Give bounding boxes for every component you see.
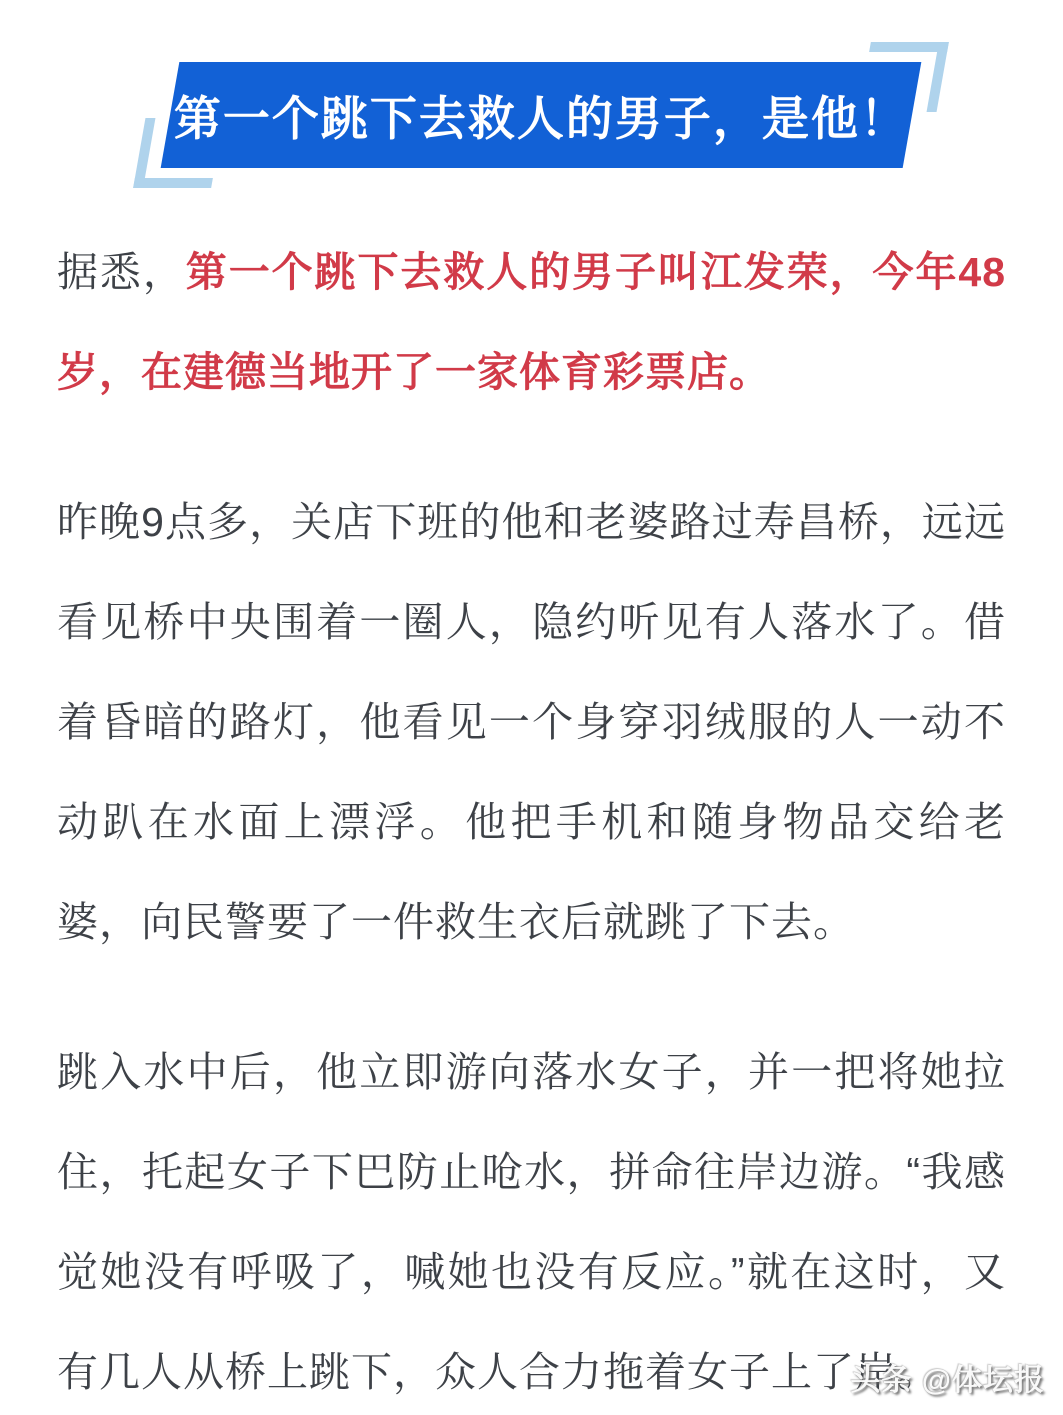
watermark-text: 头条 @体坛报 bbox=[850, 1364, 1045, 1397]
article-body: 据悉，第一个跳下去救人的男子叫江发荣，今年48岁，在建德当地开了一家体育彩票店。… bbox=[0, 168, 1063, 1415]
watermark: 头条 @体坛报 bbox=[850, 1355, 1045, 1399]
lead-paragraph: 据悉，第一个跳下去救人的男子叫江发荣，今年48岁，在建德当地开了一家体育彩票店。 bbox=[57, 222, 1006, 422]
lead-highlight-text: 第一个跳下去救人的男子叫江发荣，今年48岁，在建德当地开了一家体育彩票店。 bbox=[57, 249, 1006, 395]
paragraph: 昨晚9点多，关店下班的他和老婆路过寿昌桥，远远看见桥中央围着一圈人，隐约听见有人… bbox=[57, 472, 1006, 972]
title-banner: 第一个跳下去救人的男子，是他！ bbox=[161, 62, 922, 168]
lead-prefix-text: 据悉， bbox=[57, 249, 186, 295]
banner-background: 第一个跳下去救人的男子，是他！ bbox=[161, 62, 922, 168]
banner-title: 第一个跳下去救人的男子，是他！ bbox=[174, 82, 909, 149]
article-page: 第一个跳下去救人的男子，是他！ 据悉，第一个跳下去救人的男子叫江发荣，今年48岁… bbox=[0, 0, 1063, 1415]
